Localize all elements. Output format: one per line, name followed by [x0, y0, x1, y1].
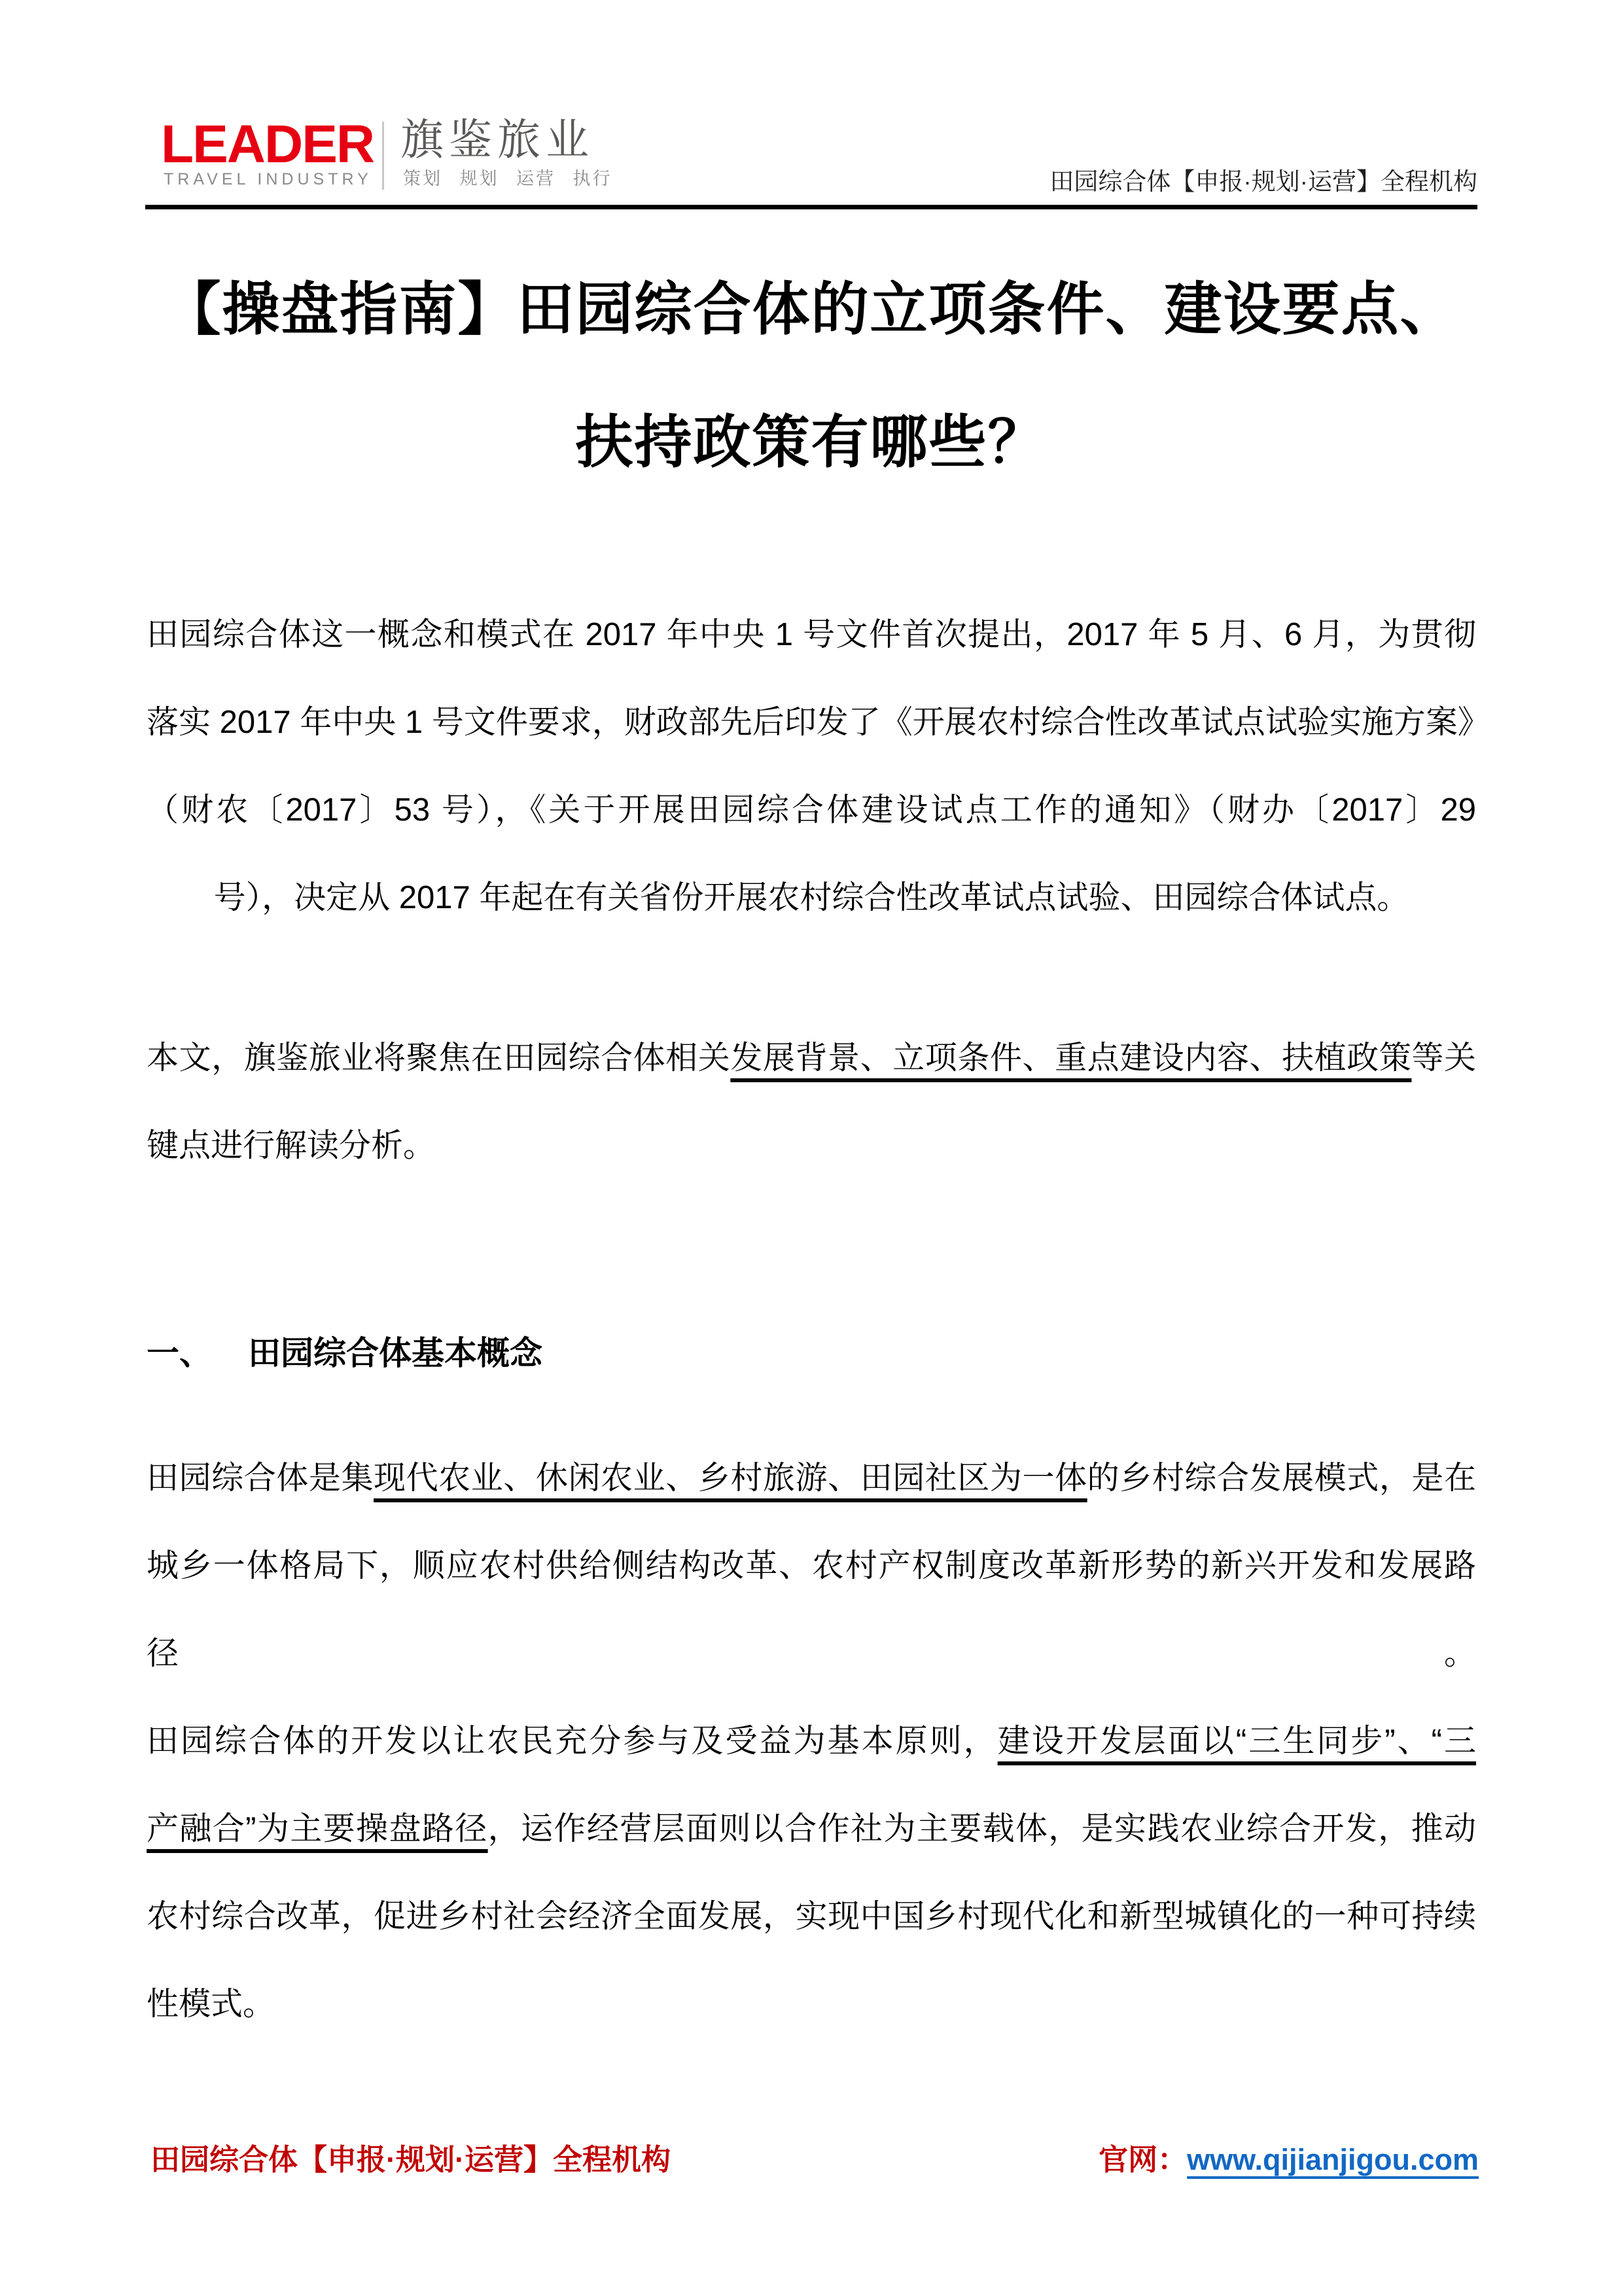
- underline-segment: 发展背景、立项条件、重点建设内容、扶植政策: [730, 1040, 1411, 1076]
- footer-slogan: 田园综合体【申报·规划·运营】全程机构: [150, 2144, 671, 2176]
- logo-divider: [382, 122, 384, 190]
- text-segment: 性模式。: [147, 1987, 275, 2022]
- text-segment: ，运作经营层面则以合作社为主要载体，是实践农业综合开发，推动: [488, 1811, 1476, 1846]
- text-line: 本文，旗鉴旅业将聚焦在田园综合体相关发展背景、立项条件、重点建设内容、扶植政策等…: [147, 1014, 1476, 1102]
- text-line: 田园综合体是集现代农业、休闲农业、乡村旅游、田园社区为一体的乡村综合发展模式，是…: [147, 1434, 1476, 1522]
- page-title-line2: 扶持政策有哪些？: [0, 376, 1622, 508]
- underline-segment: 建设开发层面以“三生同步”、“三: [998, 1723, 1476, 1759]
- text-segment: 城乡一体格局下，顺应农村供给侧结构改革、农村产权制度改革新形势的新兴开发和发展路…: [147, 1548, 1476, 1671]
- underline-segment: 现代农业、休闲农业、乡村旅游、田园社区为一体: [374, 1460, 1087, 1496]
- text-segment: 田园综合体是集: [147, 1460, 374, 1496]
- text-segment: 号），决定从 2017 年起在有关省份开展农村综合性改革试点试验、田园综合体试点…: [214, 880, 1409, 915]
- text-segment: 落实 2017 年中央 1 号文件要求，财政部先后印发了《开展农村综合性改革试点…: [147, 705, 1490, 740]
- section-number: 一、: [147, 1335, 212, 1371]
- page-title: 【操盘指南】田园综合体的立项条件、建设要点、 扶持政策有哪些？: [0, 243, 1622, 508]
- footer-website: 官网：www.qijianjigou.com: [1099, 2144, 1479, 2176]
- paragraph-focus: 本文，旗鉴旅业将聚焦在田园综合体相关发展背景、立项条件、重点建设内容、扶植政策等…: [147, 1014, 1476, 1190]
- text-line: 田园综合体的开发以让农民充分参与及受益为基本原则，建设开发层面以“三生同步”、“…: [147, 1697, 1476, 1785]
- text-segment: 等关: [1411, 1040, 1476, 1076]
- logo-brand-subtitle: TRAVEL INDUSTRY: [164, 171, 372, 188]
- text-segment: 田园综合体这一概念和模式在 2017 年中央 1 号文件首次提出，2017 年 …: [147, 617, 1476, 652]
- text-line: 号），决定从 2017 年起在有关省份开展农村综合性改革试点试验、田园综合体试点…: [147, 854, 1476, 942]
- underline-segment: 产融合”为主要操盘路径: [147, 1811, 488, 1846]
- logo-cn-subtitle: 策划 规划 运营 执行: [403, 170, 612, 188]
- text-line: 农村综合改革，促进乡村社会经济全面发展，实现中国乡村现代化和新型城镇化的一种可持…: [147, 1873, 1476, 1960]
- section-heading: 一、田园综合体基本概念: [147, 1333, 542, 1373]
- footer-site-link[interactable]: www.qijianjigou.com: [1187, 2143, 1479, 2176]
- text-line: 键点进行解读分析。: [147, 1102, 1476, 1190]
- header-rule: [145, 205, 1477, 209]
- text-segment: 的乡村综合发展模式，是在: [1087, 1460, 1476, 1496]
- text-segment: 本文，旗鉴旅业将聚焦在田园综合体相关: [147, 1040, 730, 1076]
- paragraph-concept: 田园综合体是集现代农业、休闲农业、乡村旅游、田园社区为一体的乡村综合发展模式，是…: [147, 1434, 1476, 2048]
- footer-site-label: 官网：: [1099, 2143, 1187, 2176]
- text-segment: 键点进行解读分析。: [147, 1128, 435, 1163]
- text-segment: 田园综合体的开发以让农民充分参与及受益为基本原则，: [147, 1723, 998, 1759]
- text-line: 性模式。: [147, 1960, 1476, 2048]
- text-segment: （财农〔2017〕53 号），《关于开展田园综合体建设试点工作的通知》（财办〔2…: [147, 792, 1476, 828]
- section-label: 田园综合体基本概念: [248, 1335, 542, 1371]
- text-segment: 农村综合改革，促进乡村社会经济全面发展，实现中国乡村现代化和新型城镇化的一种可持…: [147, 1899, 1476, 1934]
- paragraph-intro: 田园综合体这一概念和模式在 2017 年中央 1 号文件首次提出，2017 年 …: [147, 591, 1476, 942]
- text-line: 落实 2017 年中央 1 号文件要求，财政部先后印发了《开展农村综合性改革试点…: [147, 679, 1476, 766]
- text-line: 产融合”为主要操盘路径，运作经营层面则以合作社为主要载体，是实践农业综合开发，推…: [147, 1785, 1476, 1873]
- text-line: 城乡一体格局下，顺应农村供给侧结构改革、农村产权制度改革新形势的新兴开发和发展路…: [147, 1522, 1476, 1697]
- header-tagline: 田园综合体【申报·规划·运营】全程机构: [1049, 169, 1477, 196]
- text-line: 田园综合体这一概念和模式在 2017 年中央 1 号文件首次提出，2017 年 …: [147, 591, 1476, 679]
- text-line: （财农〔2017〕53 号），《关于开展田园综合体建设试点工作的通知》（财办〔2…: [147, 766, 1476, 854]
- logo-cn-name: 旗鉴旅业: [400, 118, 594, 161]
- logo-brand: LEADER: [161, 118, 374, 171]
- page-title-line1: 【操盘指南】田园综合体的立项条件、建设要点、: [0, 243, 1622, 376]
